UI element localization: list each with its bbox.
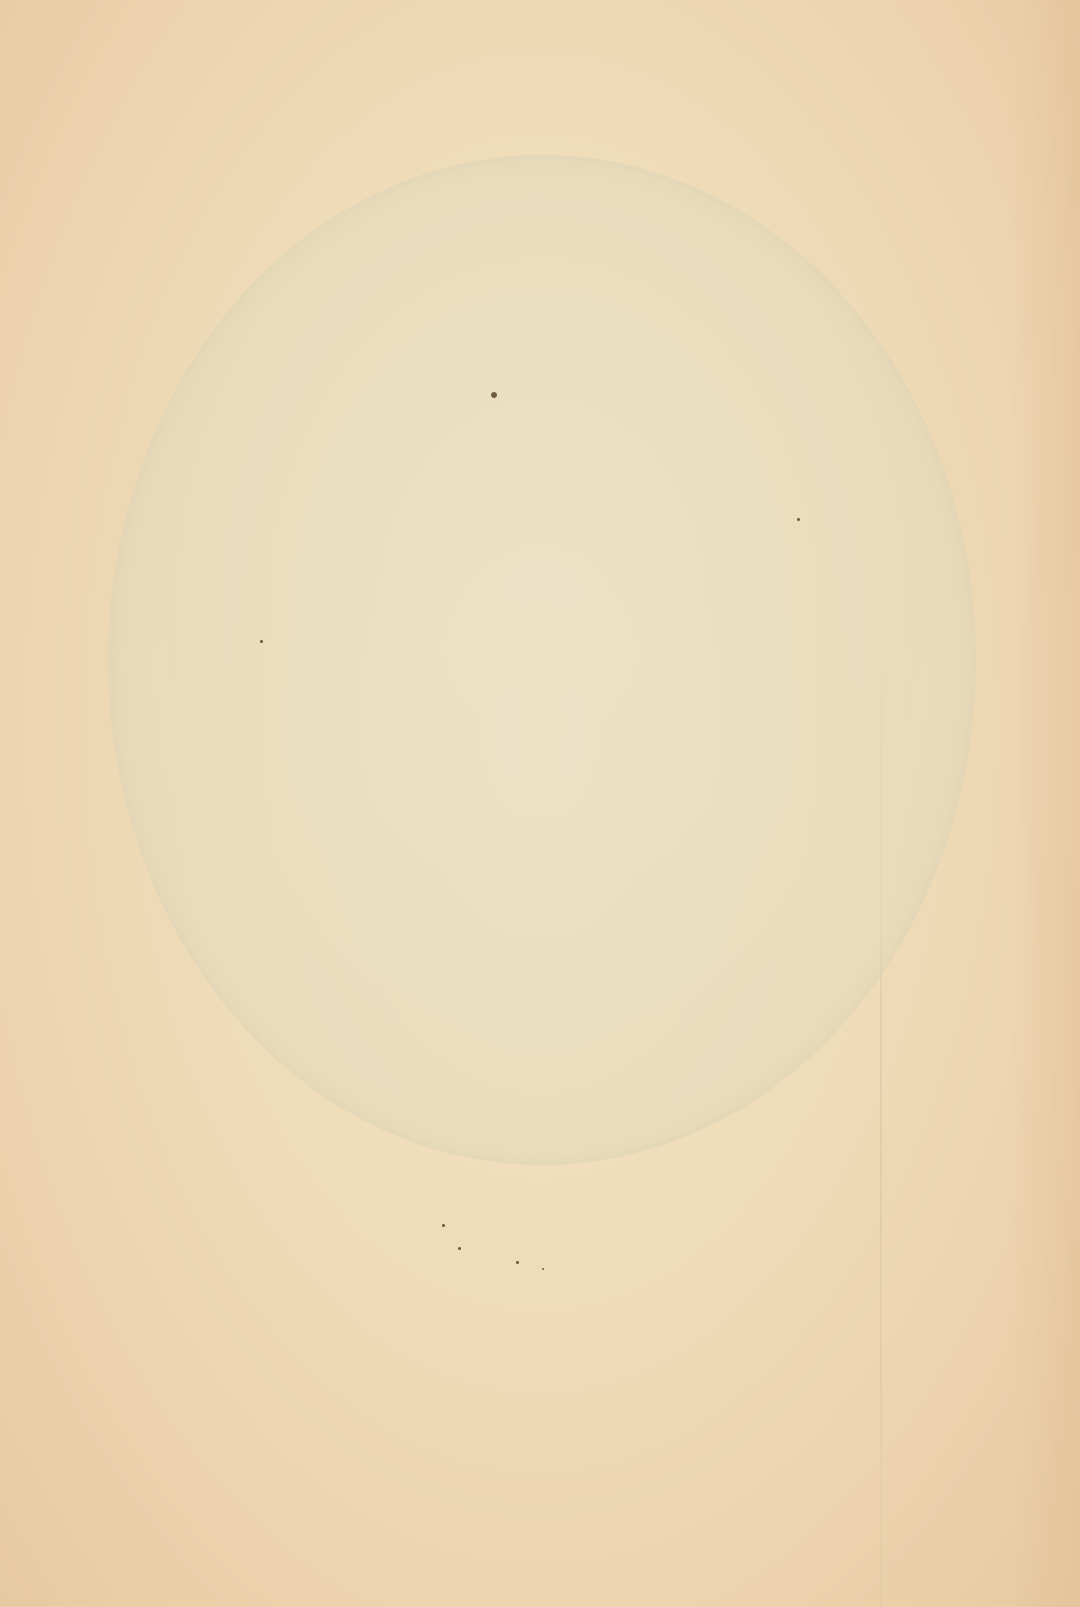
paper-speck	[260, 640, 263, 643]
paper-speck	[458, 1247, 461, 1250]
portrait-plate-impression	[108, 155, 976, 1165]
paper-speck	[442, 1224, 445, 1227]
paper-speck	[797, 518, 800, 521]
paper-speck	[491, 392, 497, 398]
page	[0, 0, 1080, 1607]
paper-speck	[542, 1268, 544, 1270]
page-edge-shadow	[1010, 0, 1080, 1607]
paper-speck	[516, 1261, 519, 1264]
